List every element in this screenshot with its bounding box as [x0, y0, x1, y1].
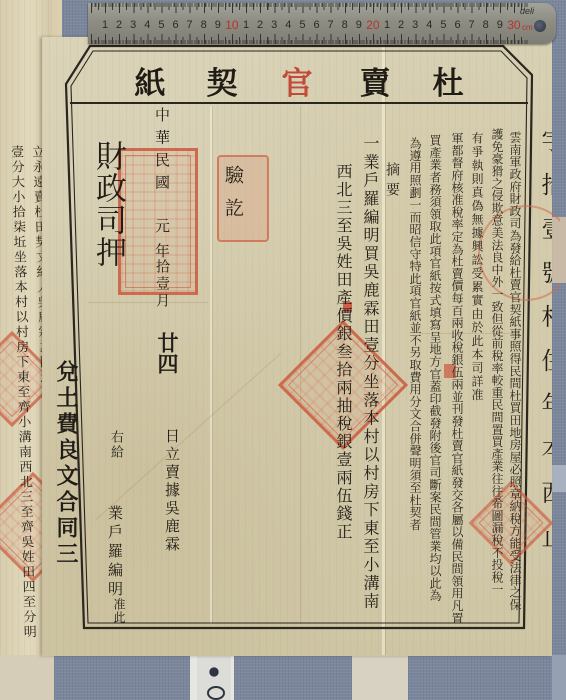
- ruler-label: 8: [201, 20, 207, 31]
- ruler-label: 8: [483, 20, 489, 31]
- title-char: 紙: [135, 67, 166, 101]
- ruler-label: 5: [158, 20, 164, 31]
- ruler-label: 9: [497, 20, 503, 31]
- title-char: 契: [207, 67, 238, 101]
- ruler-label: 8: [342, 20, 348, 31]
- preamble-column: 護免豪猾之侵欺意美法良中外一致但從前稅率較重民間置買產業往往希圖漏稅不投稅一: [491, 128, 503, 595]
- title-char-red: 官: [282, 67, 313, 101]
- ruler-label: 7: [187, 20, 193, 31]
- ruler-label: 1: [384, 20, 390, 31]
- ruler-label-major: 20: [366, 20, 379, 31]
- date-year: 元: [154, 218, 169, 233]
- preamble-column: 有爭執則真偽無據興訟受累實由於此本司詳准: [471, 132, 483, 402]
- ruler-label: 7: [328, 20, 334, 31]
- ruler-label: 5: [440, 20, 446, 31]
- preamble-column: 雲南軍政府財政司為發給杜賣官契紙事照得民間杜買田地房屋必照章納稅方能受法律之保: [509, 131, 521, 611]
- ruler-label: 2: [257, 20, 263, 31]
- ruler-label: 6: [313, 20, 319, 31]
- ruler-label: 3: [130, 20, 136, 31]
- ruler-label: 7: [469, 20, 475, 31]
- ruler-label: 9: [215, 20, 221, 31]
- date-month: 拾壹月: [155, 259, 169, 310]
- inspection-stamp-text: 驗訖: [223, 165, 242, 231]
- ruler-label: 9: [356, 20, 362, 31]
- date-year-unit: 年: [154, 243, 169, 258]
- photo-scene: 壹分大小拾柒坵坐落本村以村房下東至齊小溝南西北三至齊吳姓田四至分明 立永遠賣杜田…: [0, 0, 566, 700]
- ruler-label: 2: [116, 20, 122, 31]
- ruler-label: 1: [243, 20, 249, 31]
- ruler-label: 3: [412, 20, 418, 31]
- seam-text-right: 字拾壹號村住年本西止: [539, 128, 552, 568]
- seller-line: 日立賣據吳鹿霖: [164, 428, 179, 554]
- date-day: 廿四: [157, 332, 178, 374]
- summary-column: 一業戶羅編明買吳鹿霖田壹分坐落本村以村房下東至小溝南: [362, 135, 378, 611]
- authority-signature: 財政司押: [92, 140, 123, 268]
- date-era: 中華民國: [154, 107, 169, 197]
- ruler-label: 4: [285, 20, 291, 31]
- seam-text-left: 兌土費良文合同三: [55, 360, 77, 568]
- right-margin-strip: 字拾壹號村住年本西止: [531, 100, 552, 600]
- ruler-label: 3: [271, 20, 277, 31]
- preamble-column: 為遵用照劃一而昭信守特此項官紙並不另取費用分文合併聲明須至杜契者: [409, 137, 421, 531]
- ruler-label: 6: [172, 20, 178, 31]
- ruler-ticks-bottom: [88, 34, 528, 44]
- preamble-column: 買產業者務須領取此項官紙按式填寫呈地方官蓋印截發附後官司斷案民間管業均以此為: [429, 134, 441, 601]
- title-char: 賣: [360, 67, 391, 101]
- title-char: 杜: [433, 67, 464, 101]
- ruler-hang-hole-icon: [534, 20, 546, 32]
- ruler-label: 4: [426, 20, 432, 31]
- summary-column: 西北三至吳姓田產價銀叁拾兩抽稅銀壹兩伍錢正: [335, 163, 351, 541]
- buyer-line: 業戶羅編明: [107, 505, 122, 600]
- ruler-unit: cm: [522, 23, 533, 32]
- ruler-label: 1: [102, 20, 108, 31]
- ruler-label: 2: [398, 20, 404, 31]
- issued-label: 右給: [109, 430, 122, 460]
- ruler-label-major: 10: [225, 20, 238, 31]
- ruler-label: 6: [454, 20, 460, 31]
- ruler-label: 5: [299, 20, 305, 31]
- ruler-brand: deli: [520, 6, 534, 16]
- preamble-column: 軍都督府核准稅率定為杜賣價每百兩收稅銀伍兩並刊發杜賣官紙發交各屬以備民間領用凡置: [451, 132, 463, 624]
- summary-heading: 摘要: [385, 162, 399, 202]
- ruler-label-major: 30: [507, 20, 520, 31]
- ruler-ticks-top: [88, 3, 528, 13]
- measuring-ruler: 1 2 3 4 5 6 7 8 9 10 1 2 3 4 5 6 7 8 9 2…: [88, 3, 556, 44]
- ruler-label: 4: [144, 20, 150, 31]
- buyer-suffix: 准此: [113, 598, 125, 624]
